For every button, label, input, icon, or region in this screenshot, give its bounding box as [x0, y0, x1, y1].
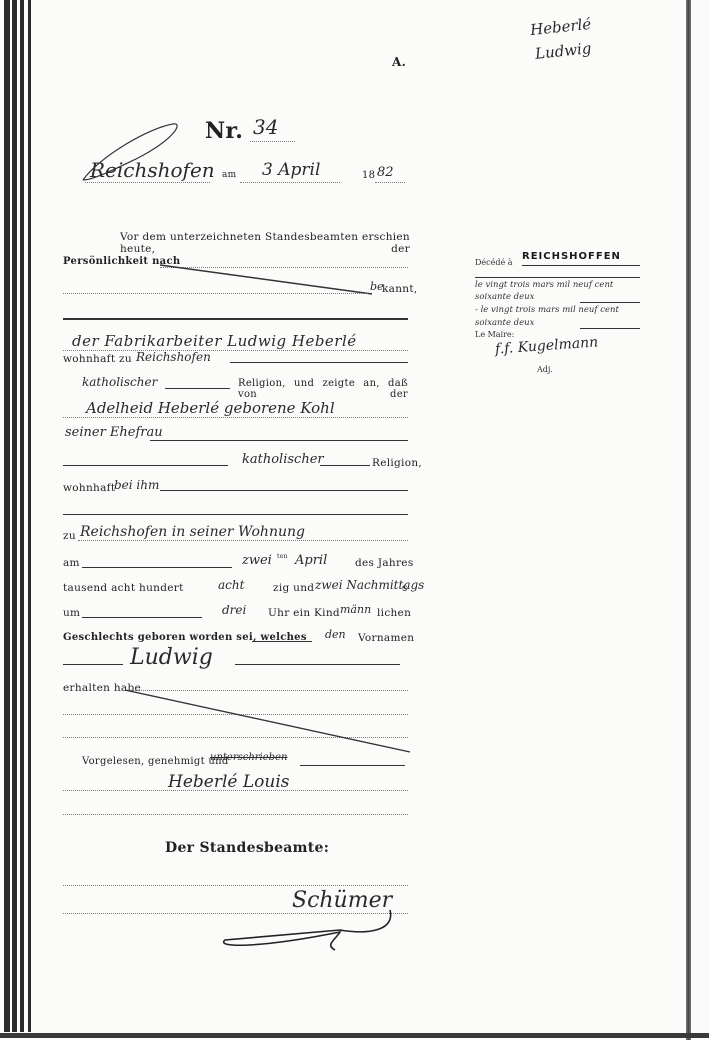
registrar-label: Der Standesbeamte:	[165, 840, 329, 856]
mother-residence-label: wohnhaft	[63, 482, 115, 494]
death-date-line-1: le vingt trois mars mil neuf cent	[475, 280, 613, 290]
signed-value: unterschrieben	[210, 752, 287, 763]
page-edge-bottom	[0, 1033, 709, 1038]
death-date-line-4: soixante deux	[475, 318, 534, 328]
death-date-line-3: - le vingt trois mars mil neuf cent	[475, 305, 619, 315]
date-label: am	[63, 557, 80, 569]
birth-day-suffix: ten	[277, 553, 288, 560]
mother-religion-label: Religion,	[372, 457, 422, 469]
sex-suffix: lichen	[377, 607, 411, 619]
time-suffix: s	[402, 582, 408, 594]
declarant: der Fabrikarbeiter Ludwig Heberlé	[72, 332, 357, 350]
thousand-text: tausend acht hundert	[63, 582, 184, 594]
name-article: den	[325, 628, 346, 641]
birth-day: zwei	[242, 553, 272, 568]
hour-label: um	[63, 607, 80, 619]
residence: Reichshofen	[136, 350, 211, 364]
date-prefix: am	[222, 170, 237, 180]
mayor-label: Le Maire:	[475, 330, 514, 339]
read-label: Vorgelesen, genehmigt und	[82, 756, 229, 767]
declarant-signature: Heberlé Louis	[168, 772, 290, 792]
hour: drei	[222, 603, 246, 617]
body-line-1: Vor dem unterzeichneten Standesbeamten e…	[120, 231, 410, 255]
given-names-label: Vornamen	[358, 632, 414, 644]
mother-religion: katholischer	[242, 452, 324, 467]
margin-surname: Heberlé	[529, 15, 592, 39]
decade-suffix: zig und	[273, 582, 314, 594]
strike-line	[160, 262, 380, 302]
mother-name: Adelheid Heberlé geborene Kohl	[86, 399, 335, 417]
flourish-decoration	[78, 118, 178, 188]
birthplace: Reichshofen in seiner Wohnung	[80, 524, 305, 540]
child-text: Uhr ein Kind	[268, 607, 340, 619]
entry-number-label: Nr.	[205, 118, 243, 144]
time-of-day: zwei Nachmittags	[315, 578, 424, 592]
sex: männ	[340, 603, 371, 616]
signature-flourish	[220, 910, 400, 955]
margin-given-name: Ludwig	[534, 39, 592, 63]
declarant-religion: katholischer	[82, 375, 157, 389]
death-date-line-2: soixante deux	[475, 292, 534, 302]
date-day-month: 3 April	[262, 160, 320, 180]
relation: seiner Ehefrau	[65, 425, 163, 440]
death-label: Décédé à	[475, 258, 513, 267]
binding-edge	[0, 0, 38, 1032]
decade: acht	[218, 578, 244, 592]
strike-line	[125, 688, 415, 758]
birth-month: April	[295, 553, 327, 568]
year-suffix: 82	[377, 165, 394, 180]
year-prefix: 18	[362, 170, 375, 181]
residence-label: wohnhaft zu	[63, 353, 132, 365]
page-edge-right	[686, 0, 691, 1040]
given-name: Ludwig	[130, 645, 213, 670]
entry-number: 34	[253, 115, 278, 139]
page-letter: A.	[392, 55, 406, 69]
document-page: Heberlé Ludwig A. Nr. 34 Reichshofen am …	[0, 0, 709, 1040]
mother-residence: bei ihm	[114, 478, 159, 492]
known-suffix: kannt,	[382, 283, 418, 295]
death-place-stamp: REICHSHOFFEN	[522, 251, 621, 262]
year-label: des Jahres	[355, 557, 414, 569]
birthplace-label: zu	[63, 530, 76, 542]
adj-label: Adj.	[537, 365, 553, 374]
religion-text: Religion, und zeigte an, daß von der	[238, 378, 408, 400]
